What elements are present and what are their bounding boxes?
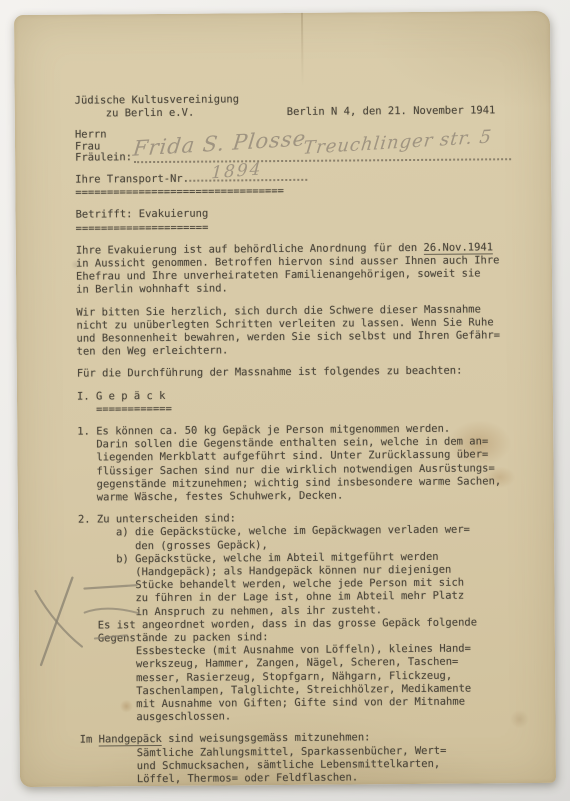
letter-content: Jüdische Kultusvereinigung zu Berlin e.V… (75, 91, 516, 796)
evacuation-date: 26.Nov.1941 (423, 241, 493, 255)
document-paper: Jüdische Kultusvereinigung zu Berlin e.V… (14, 11, 556, 787)
paragraph-text: Ihre Evakuierung ist auf behördliche Ano… (76, 242, 424, 257)
ruled-dotted-line (134, 158, 511, 163)
paragraph-hand-luggage: Im Handgepäck sind weisungsgemäss mitzun… (80, 731, 516, 787)
recipient-block: Herrn Frau Fräulein: (75, 127, 511, 165)
subject-underline: ===================== (76, 219, 512, 236)
transport-dotted-line (189, 179, 307, 182)
section-title-underline: ============ (77, 400, 513, 417)
pencil-dash-marks (80, 580, 151, 651)
section-heading-gepaeck: I. G e p ä c k ============ (77, 387, 513, 417)
salutation-fraeulein: Fräulein: (75, 153, 132, 165)
subject-block: Betrifft: Evakuierung ==================… (76, 206, 512, 236)
paragraph-appeal-for-calm: Wir bitten Sie herzlich, sich durch die … (76, 303, 512, 359)
salutation-fraeulein-line: Fräulein: (75, 150, 511, 165)
transport-number-block: Ihre Transport-Nr. =====================… (75, 170, 511, 200)
paragraph-text: Im (80, 734, 99, 746)
paragraph-instructions-intro: Für die Durchführung der Massnahme ist f… (77, 365, 513, 382)
transport-label: Ihre Transport-Nr. (75, 173, 189, 186)
list-item-1-luggage-weight: 1. Es können ca. 50 kg Gepäck je Person … (77, 422, 514, 505)
transport-underline: ================================= (75, 183, 511, 200)
paper-crease (301, 13, 304, 87)
hand-luggage-word: Handgepäck (99, 733, 162, 746)
letterhead: Jüdische Kultusvereinigung zu Berlin e.V… (75, 91, 511, 121)
paragraph-evacuation-order: Ihre Evakuierung ist auf behördliche Ano… (76, 241, 512, 297)
dateline: Berlin N 4, den 21. November 1941 (287, 104, 496, 119)
